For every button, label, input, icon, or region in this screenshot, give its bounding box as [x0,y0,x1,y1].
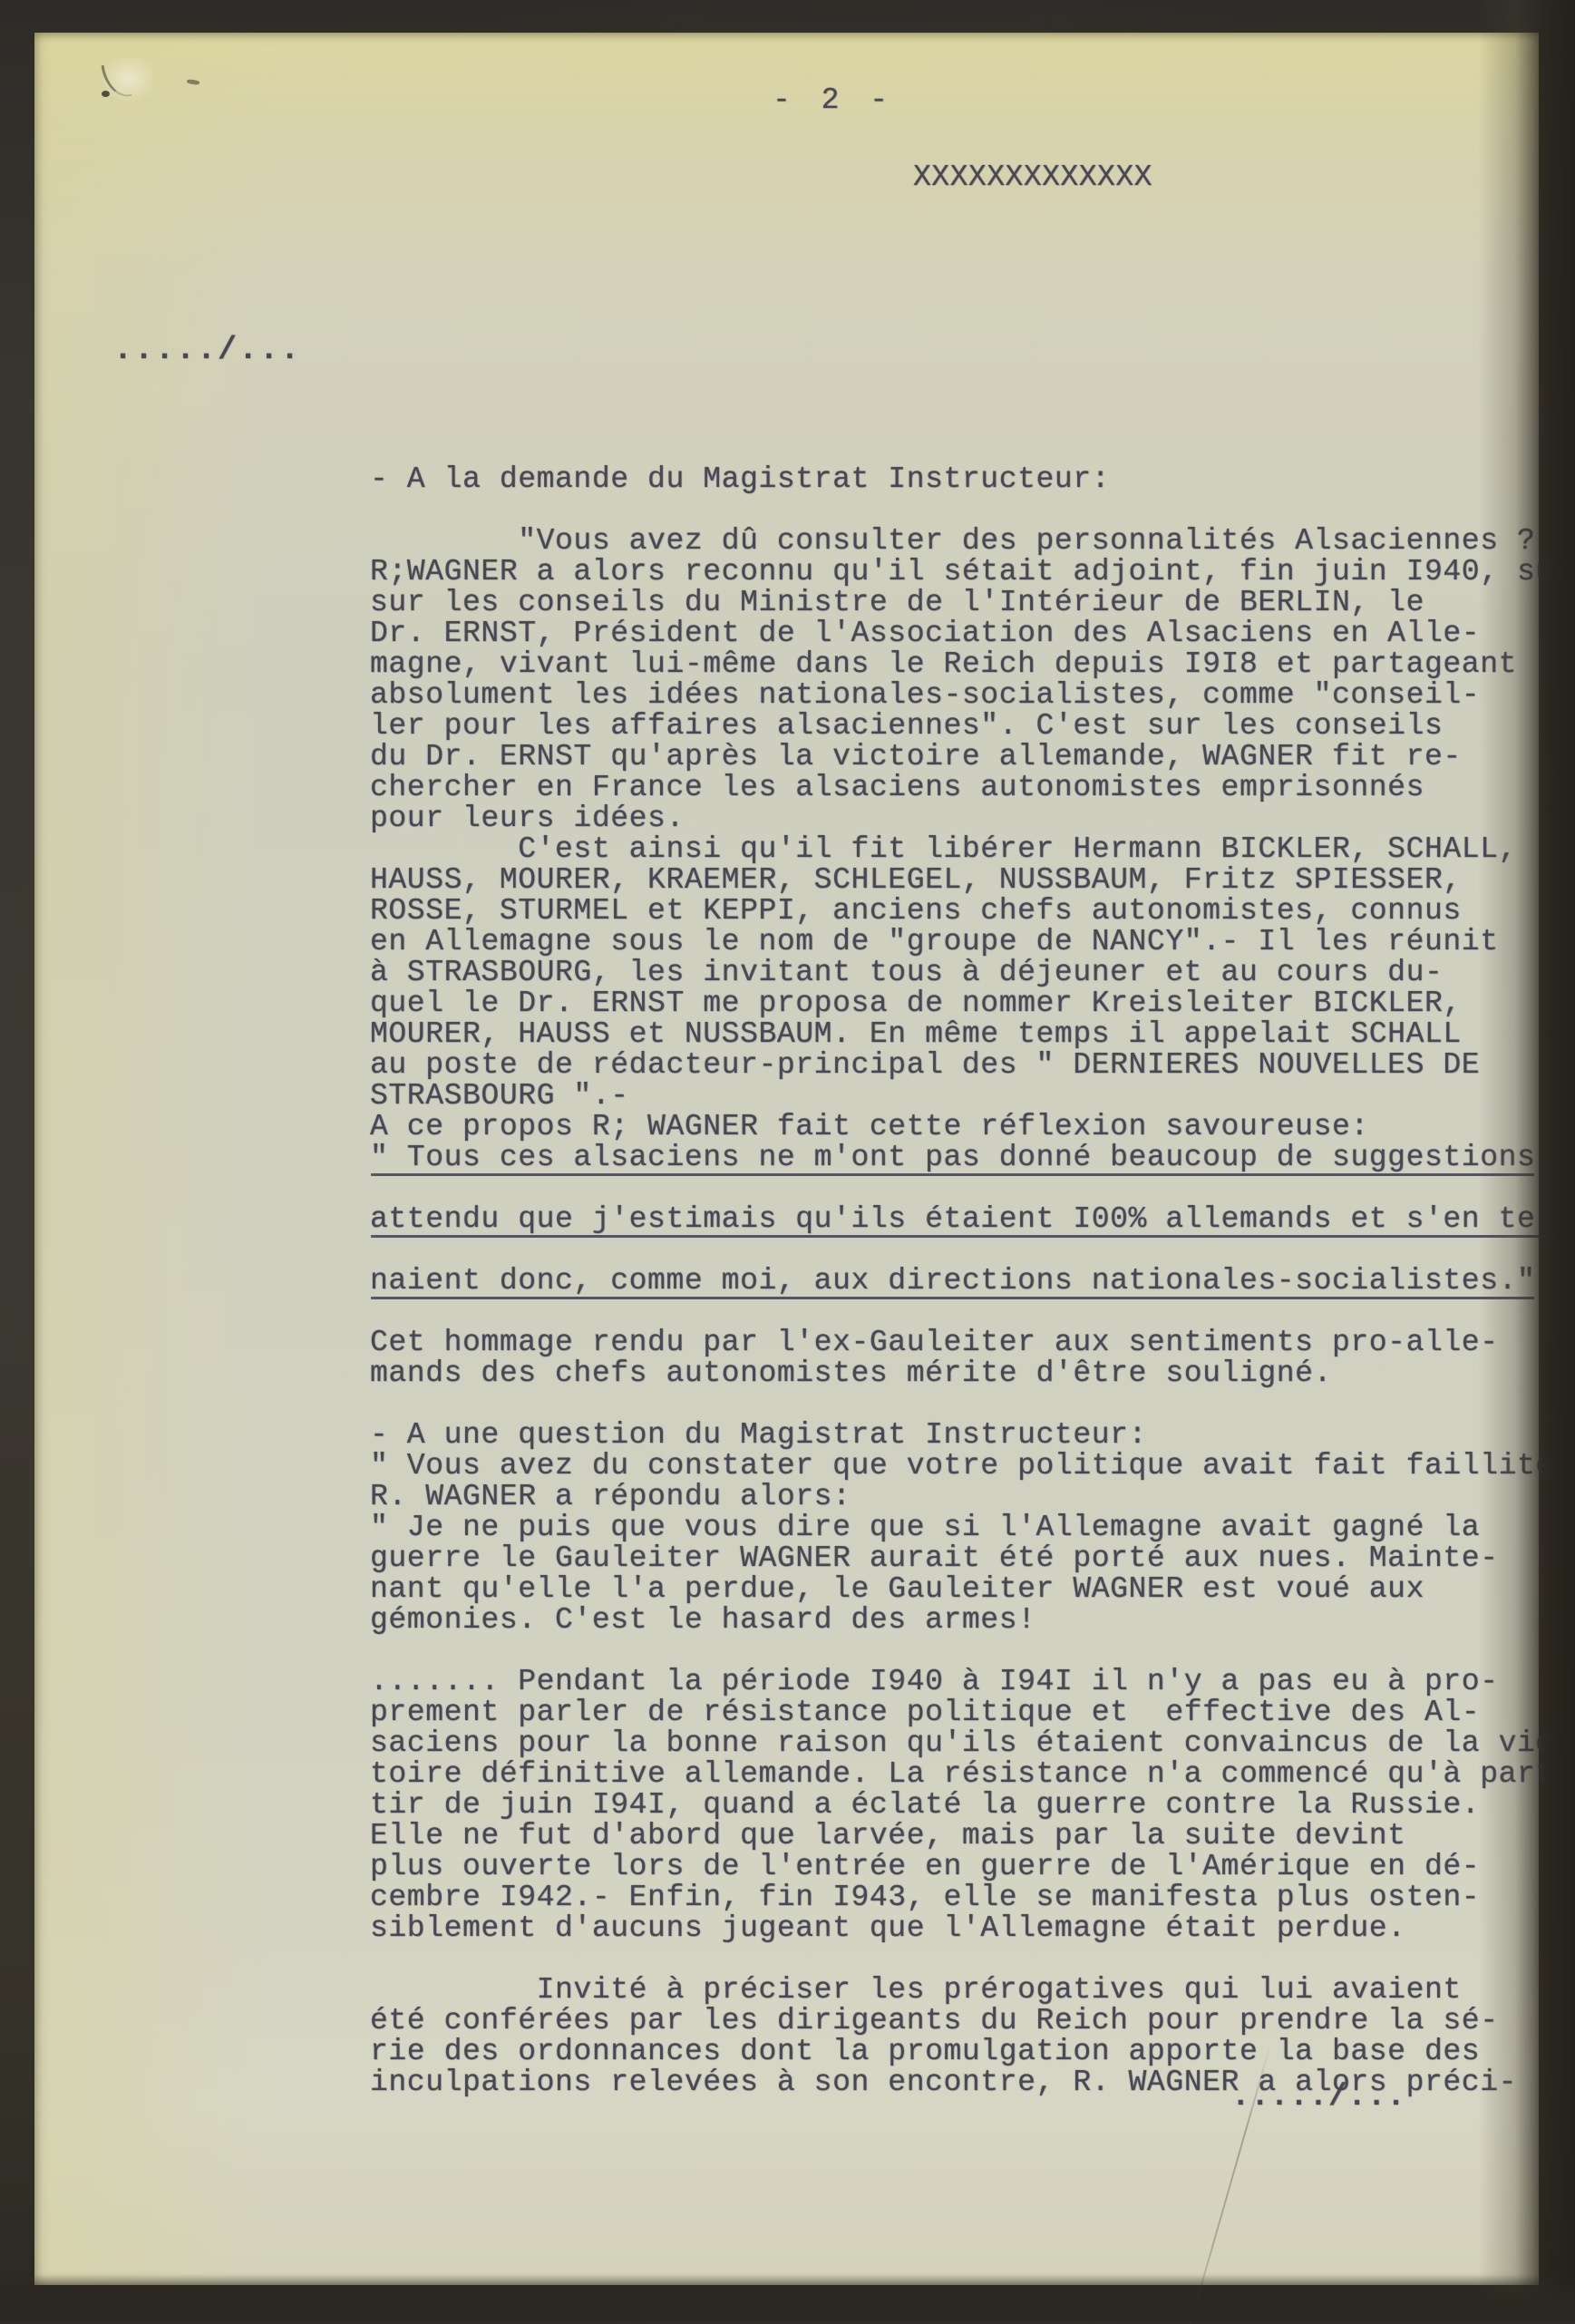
text-line: prement parler de résistance politique e… [370,1697,1575,1728]
paper-tear-blemish [100,58,152,103]
text-line: été conférées par les dirigeants du Reic… [370,2006,1575,2037]
text-line: " Je ne puis que vous dire que si l'Alle… [370,1512,1575,1543]
text-line: mands des chefs autonomistes mérite d'êt… [370,1358,1575,1389]
document-text: - A la demande du Magistrat Instructeur:… [370,464,1575,2098]
paper-speck [187,79,200,85]
text-line: naient donc, comme moi, aux directions n… [370,1266,1535,1297]
text-line: MOURER, HAUSS et NUSSBAUM. En même temps… [370,1019,1575,1050]
scanned-page: - 2 - XXXXXXXXXXXXX ...../... - A la dem… [34,33,1539,2285]
text-line: attendu que j'estimais qu'ils étaient I0… [370,1204,1554,1235]
text-line: siblement d'aucuns jugeant que l'Allemag… [370,1913,1575,1944]
text-line: toire définitive allemande. La résistanc… [370,1759,1575,1790]
text-line: absolument les idées nationales-socialis… [370,680,1575,711]
text-line: - A la demande du Magistrat Instructeur: [370,464,1575,495]
text-line: C'est ainsi qu'il fit libérer Hermann BI… [370,834,1575,865]
continuation-marker-top: ...../... [113,332,301,368]
text-line: HAUSS, MOURER, KRAEMER, SCHLEGEL, NUSSBA… [370,865,1575,896]
text-line: Invité à préciser les prérogatives qui l… [370,1975,1575,2006]
text-line: sur les conseils du Ministre de l'Intéri… [370,588,1575,618]
text-line: à STRASBOURG, les invitant tous à déjeun… [370,958,1575,988]
text-line: gémonies. C'est le hasard des armes! [370,1605,1575,1636]
text-line: chercher en France les alsaciens autonom… [370,773,1575,803]
typed-strikeout-row: XXXXXXXXXXXXX [913,160,1152,194]
text-line: "Vous avez dû consulter des personnalité… [370,526,1575,557]
text-line: rie des ordonnances dont la promulgation… [370,2037,1575,2067]
page-number: - 2 - [773,83,894,117]
text-line: R;WAGNER a alors reconnu qu'il sétait ad… [370,557,1575,588]
text-line: magne, vivant lui-même dans le Reich dep… [370,649,1575,680]
text-line: ROSSE, STURMEL et KEPPI, anciens chefs a… [370,896,1575,927]
text-line: quel le Dr. ERNST me proposa de nommer K… [370,988,1575,1019]
text-line: " Vous avez du constater que votre polit… [370,1451,1575,1482]
text-line: " Tous ces alsaciens ne m'ont pas donné … [370,1143,1535,1173]
text-line: pour leurs idées. [370,803,1575,834]
text-line: au poste de rédacteur-principal des " DE… [370,1050,1575,1081]
text-line: guerre le Gauleiter WAGNER aurait été po… [370,1543,1575,1574]
text-line: saciens pour la bonne raison qu'ils étai… [370,1728,1575,1759]
text-line: tir de juin I94I, quand a éclaté la guer… [370,1790,1575,1821]
text-line: plus ouverte lors de l'entrée en guerre … [370,1852,1575,1882]
text-line: R. WAGNER a répondu alors: [370,1482,1575,1512]
text-line: Elle ne fut d'abord que larvée, mais par… [370,1821,1575,1852]
text-line: du Dr. ERNST qu'après la victoire allema… [370,742,1575,773]
text-line: Dr. ERNST, Président de l'Association de… [370,618,1575,649]
text-line: STRASBOURG ".- [370,1081,1575,1112]
text-line: en Allemagne sous le nom de "groupe de N… [370,927,1575,958]
text-line: ....... Pendant la période I940 à I94I i… [370,1667,1575,1697]
text-line: cembre I942.- Enfin, fin I943, elle se m… [370,1882,1575,1913]
text-line: Cet hommage rendu par l'ex-Gauleiter aux… [370,1327,1575,1358]
text-line: - A une question du Magistrat Instructeu… [370,1420,1575,1451]
text-line: ler pour les affaires alsaciennes". C'es… [370,711,1575,742]
text-line: A ce propos R; WAGNER fait cette réflexi… [370,1112,1575,1143]
text-line: nant qu'elle l'a perdue, le Gauleiter WA… [370,1574,1575,1605]
